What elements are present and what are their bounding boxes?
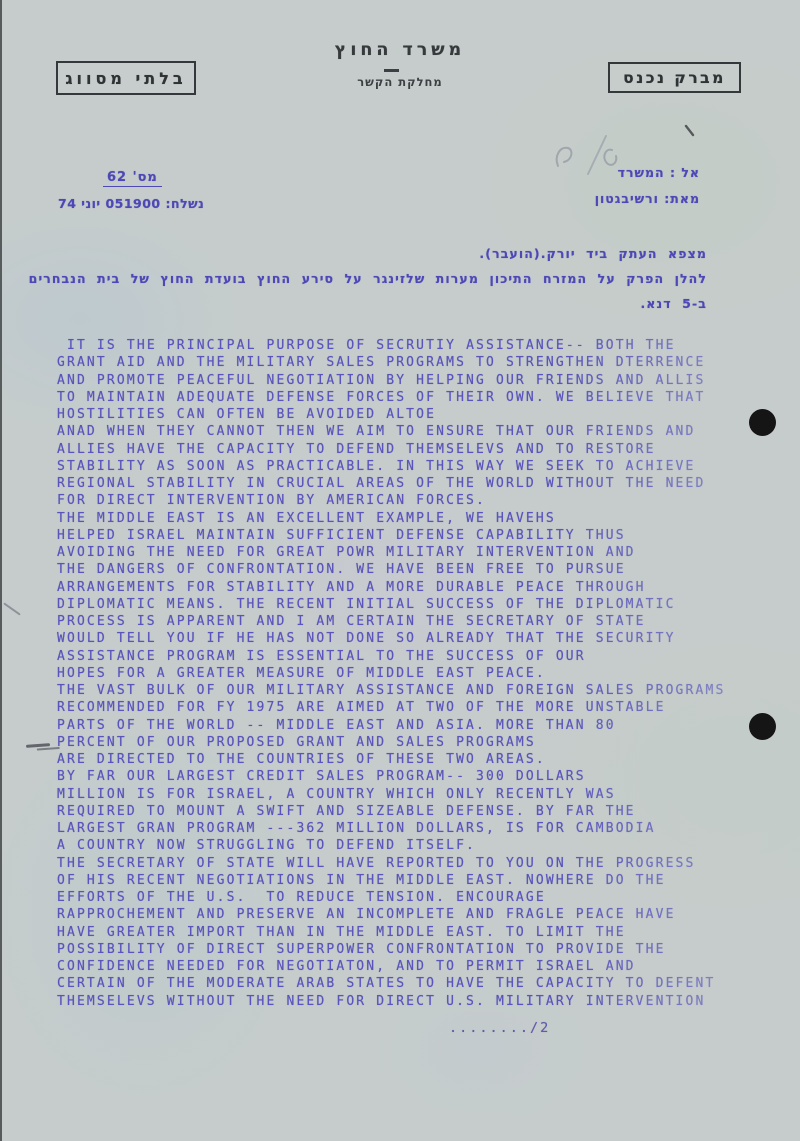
body-text-line: THE MIDDLE EAST IS AN EXCELLENT EXAMPLE,… [57,510,763,527]
body-text-line: IT IS THE PRINCIPAL PURPOSE OF SECRUTIY … [57,337,763,354]
body-text-line: PROCESS IS APPARENT AND I AM CERTAIN THE… [57,613,763,630]
body-text-line: MILLION IS FOR ISRAEL, A COUNTRY WHICH O… [57,786,763,803]
body-text-line: WOULD TELL YOU IF HE HAS NOT DONE SO ALR… [57,630,763,647]
hebrew-cover-note: מצפא העתק ביד יורק.(הועבר). להלן הפרק על… [17,241,707,316]
body-text-line: RAPPROCHEMENT AND PRESERVE AN INCOMPLETE… [57,906,763,923]
body-text-line: CONFIDENCE NEEDED FOR NEGOTIATON, AND TO… [57,958,763,975]
body-text-line: HOSTILITIES CAN OFTEN BE AVOIDED ALTOE [57,406,763,423]
body-text-line: HELPED ISRAEL MAINTAIN SUFFICIENT DEFENS… [57,527,763,544]
incoming-telegram-stamp-label: מברק נכנס [623,69,726,87]
body-text-line: AVOIDING THE NEED FOR GREAT POWR MILITAR… [57,544,763,561]
body-text-line: REQUIRED TO MOUNT A SWIFT AND SIZEABLE D… [57,803,763,820]
from-line: מאת: ורשיבגטון [595,186,700,212]
body-text-line: THEMSELEVS WITHOUT THE NEED FOR DIRECT U… [57,993,763,1010]
body-text-line: ANAD WHEN THEY CANNOT THEN WE AIM TO ENS… [57,423,763,440]
classification-stamp-label: בלתי מסווג [65,69,186,88]
hebrew-note-line: להלן הפרק על המזרח התיכון מערות שלזינגר … [17,266,707,291]
document-page: משרד החוץ מחלקת הקשר בלתי מסווג מברק נכנ… [0,0,800,1141]
body-text-line: CERTAIN OF THE MODERATE ARAB STATES TO H… [57,975,763,992]
telegram-number: מס' 62 [103,170,162,187]
body-text-line: STABILITY AS SOON AS PRACTICABLE. IN THI… [57,458,763,475]
punch-hole-bottom [749,713,776,740]
body-text-line: FOR DIRECT INTERVENTION BY AMERICAN FORC… [57,492,763,509]
body-text-line: PARTS OF THE WORLD -- MIDDLE EAST AND AS… [57,717,763,734]
body-text-line: ARRANGEMENTS FOR STABILITY AND A MORE DU… [57,579,763,596]
body-text: IT IS THE PRINCIPAL PURPOSE OF SECRUTIY … [57,337,763,1010]
body-text-line: HAVE GREATER IMPORT THAN IN THE MIDDLE E… [57,924,763,941]
punch-hole-top [749,409,776,436]
ministry-title: משרד החוץ [0,40,800,60]
page-continuation-marker: ......../2 [449,1020,550,1036]
margin-dash-mark [26,743,50,747]
body-text-line: DIPLOMATIC MEANS. THE RECENT INITIAL SUC… [57,596,763,613]
body-text-line: EFFORTS OF THE U.S. TO REDUCE TENSION. E… [57,889,763,906]
hebrew-note-line: מצפא העתק ביד יורק.(הועבר). [17,241,707,266]
incoming-telegram-stamp: מברק נכנס [608,62,741,93]
sent-line: נשלח: 051900 יוני 74 [58,196,204,211]
body-text-line: AND PROMOTE PEACEFUL NEGOTIATION BY HELP… [57,372,763,389]
body-text-line: BY FAR OUR LARGEST CREDIT SALES PROGRAM-… [57,768,763,785]
scan-edge-line [0,0,2,1141]
body-text-line: ALLIES HAVE THE CAPACITY TO DEFEND THEMS… [57,441,763,458]
title-divider [384,69,399,72]
margin-pencil-mark [3,602,21,615]
classification-stamp: בלתי מסווג [56,61,196,95]
body-text-line: ASSISTANCE PROGRAM IS ESSENTIAL TO THE S… [57,648,763,665]
body-text-line: TO MAINTAIN ADEQUATE DEFENSE FORCES OF T… [57,389,763,406]
body-text-line: ARE DIRECTED TO THE COUNTRIES OF THESE T… [57,751,763,768]
body-text-line: THE DANGERS OF CONFRONTATION. WE HAVE BE… [57,561,763,578]
tick-mark [680,122,700,142]
body-text-line: PERCENT OF OUR PROPOSED GRANT AND SALES … [57,734,763,751]
body-text-line: THE VAST BULK OF OUR MILITARY ASSISTANCE… [57,682,763,699]
body-text-line: REGIONAL STABILITY IN CRUCIAL AREAS OF T… [57,475,763,492]
body-text-line: OF HIS RECENT NEGOTIATIONS IN THE MIDDLE… [57,872,763,889]
body-text-line: POSSIBILITY OF DIRECT SUPERPOWER CONFRON… [57,941,763,958]
body-text-line: THE SECRETARY OF STATE WILL HAVE REPORTE… [57,855,763,872]
body-text-line: HOPES FOR A GREATER MEASURE OF MIDDLE EA… [57,665,763,682]
body-text-line: RECOMMENDED FOR FY 1975 ARE AIMED AT TWO… [57,699,763,716]
hebrew-note-line: ב-5 דנא. [17,291,707,316]
body-text-line: LARGEST GRAN PROGRAM ---362 MILLION DOLL… [57,820,763,837]
body-text-line: GRANT AID AND THE MILITARY SALES PROGRAM… [57,354,763,371]
pencil-scribble [540,126,630,186]
body-text-line: A COUNTRY NOW STRUGGLING TO DEFEND ITSEL… [57,837,763,854]
